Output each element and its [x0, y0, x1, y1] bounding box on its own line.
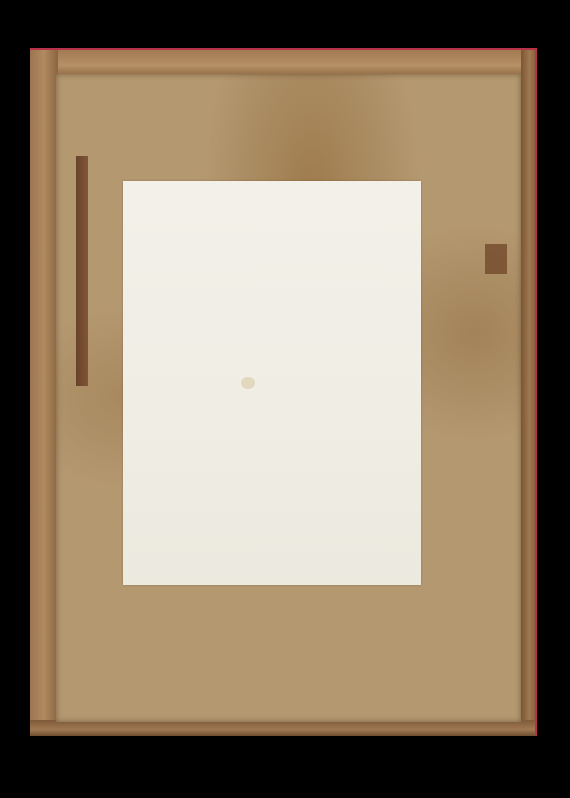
water-stain: [76, 156, 88, 386]
torn-patch: [485, 244, 507, 274]
frame-left-edge: [30, 50, 58, 736]
frame-top-edge: [30, 50, 535, 76]
frame-right-edge: [521, 50, 535, 736]
blank-paper-label: [123, 181, 421, 585]
paper-stain: [241, 377, 255, 389]
frame-bottom-edge: [30, 720, 535, 736]
